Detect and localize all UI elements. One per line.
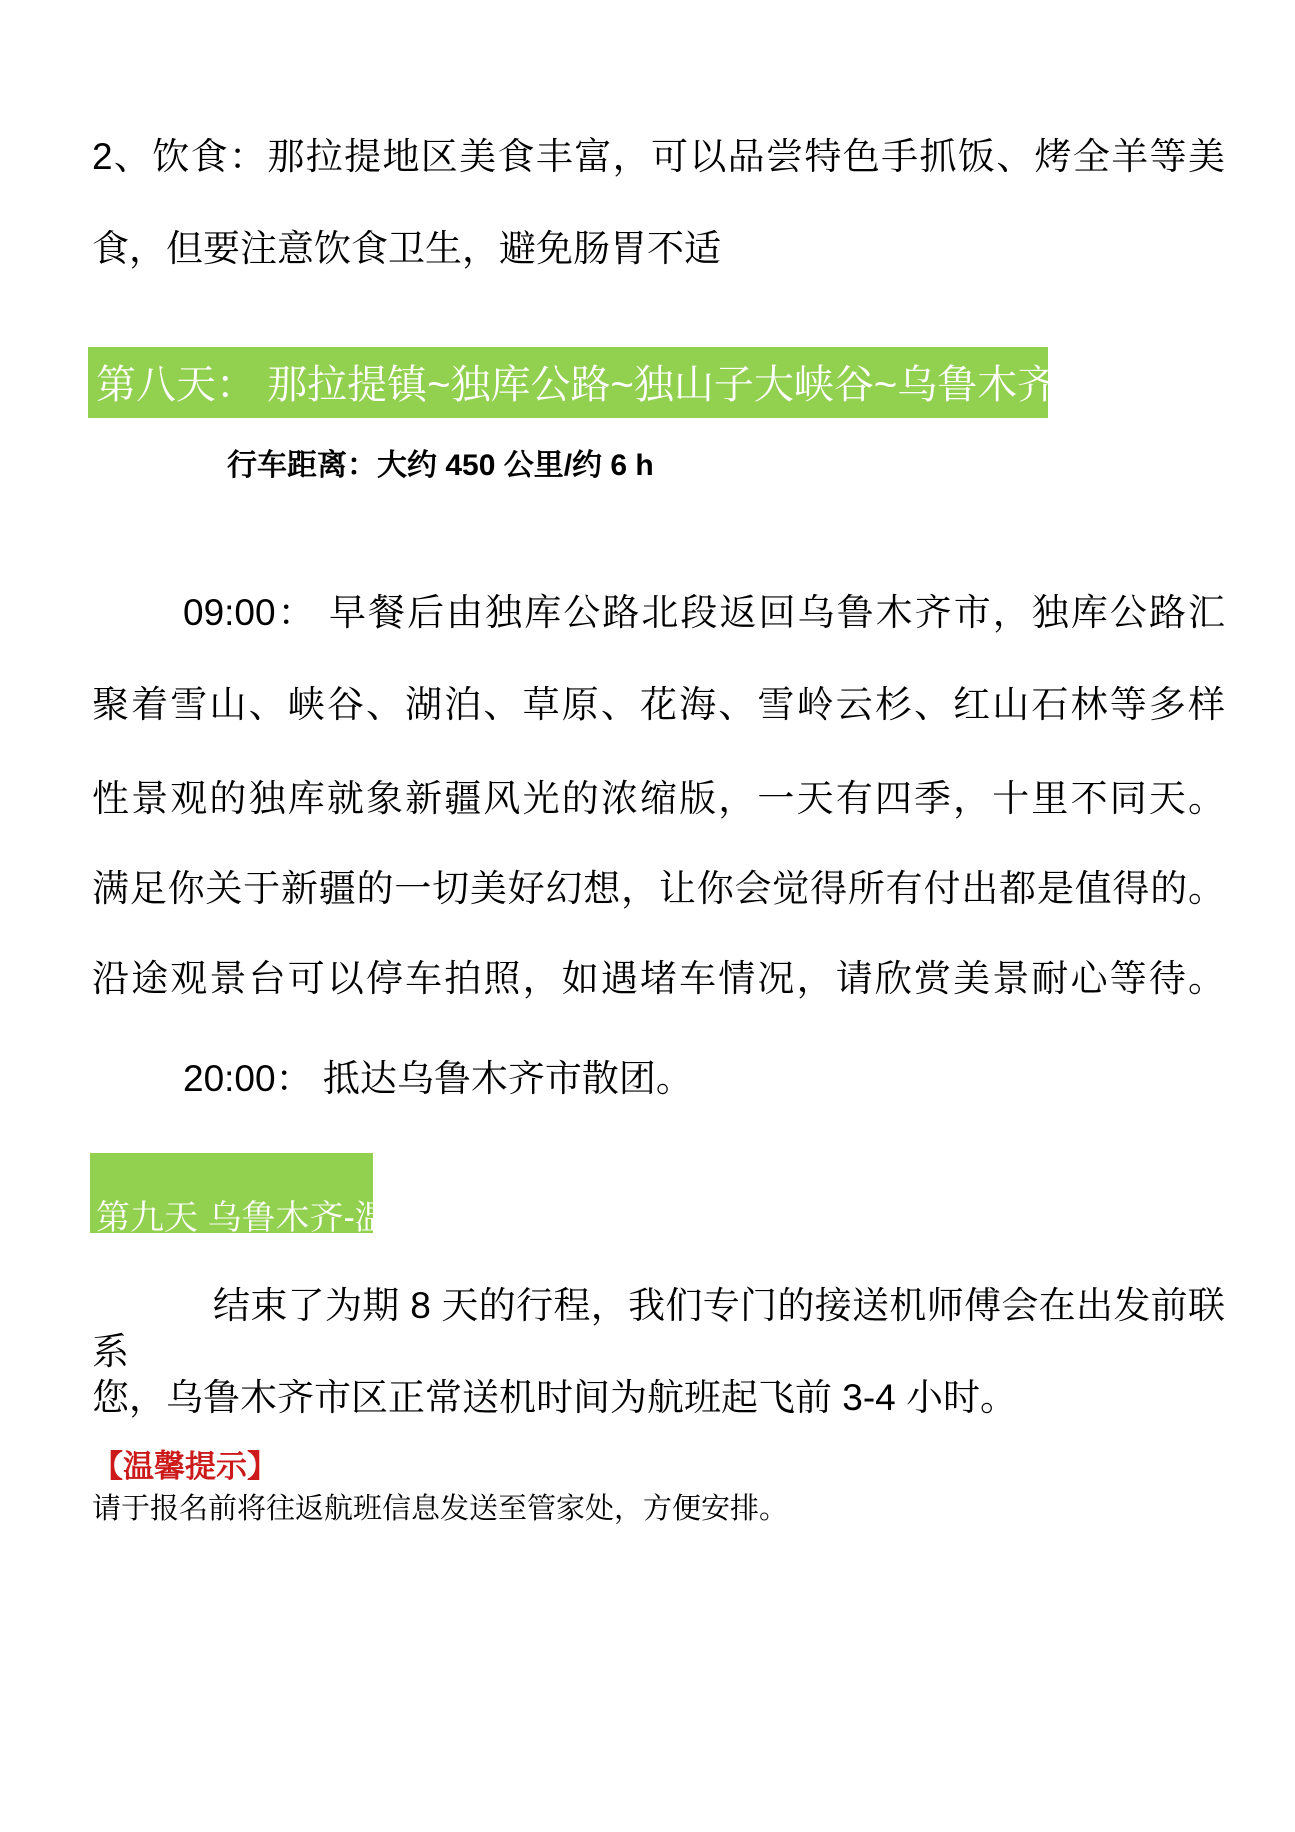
day9-heading-text: 第九天 乌鲁木齐-温馨 — [96, 1201, 373, 1233]
day8-driving-distance: 行车距离：大约 450 公里/约 6 h — [227, 448, 654, 484]
intro-line-2: 食，但要注意饮食卫生，避免肠胃不适 — [92, 226, 1225, 272]
day8-para-line-1: 09:00： 早餐后由独库公路北段返回乌鲁木齐市，独库公路汇 — [92, 590, 1225, 636]
day8-para-line-2: 聚着雪山、峡谷、湖泊、草原、花海、雪岭云杉、红山石林等多样 — [92, 682, 1225, 728]
document-page: 2、饮食：那拉提地区美食丰富，可以品尝特色手抓饭、烤全羊等美 食，但要注意饮食卫… — [0, 0, 1295, 1832]
day8-para-line-6: 20:00： 抵达乌鲁木齐市散团。 — [92, 1056, 1225, 1102]
day8-para-line-4: 满足你关于新疆的一切美好幻想，让你会觉得所有付出都是值得的。 — [92, 866, 1225, 912]
day8-para-line-3: 性景观的独库就象新疆风光的浓缩版，一天有四季，十里不同天。 — [92, 776, 1225, 822]
day8-para-line-5: 沿途观景台可以停车拍照，如遇堵车情况，请欣赏美景耐心等待。 — [92, 956, 1225, 1002]
day8-heading-bar: 第八天： 那拉提镇~独库公路~独山子大峡谷~乌鲁木齐 — [88, 347, 1048, 418]
day8-heading-text: 第八天： 那拉提镇~独库公路~独山子大峡谷~乌鲁木齐 — [96, 365, 1048, 405]
notice-body: 请于报名前将往返航班信息发送至管家处，方便安排。 — [92, 1492, 788, 1527]
day9-heading-bar: 第九天 乌鲁木齐-温馨 — [90, 1153, 373, 1233]
intro-line-1: 2、饮食：那拉提地区美食丰富，可以品尝特色手抓饭、烤全羊等美 — [92, 134, 1225, 180]
day9-para-line-2: 您，乌鲁木齐市区正常送机时间为航班起飞前 3-4 小时。 — [92, 1375, 1225, 1421]
day9-para-line-1: 结束了为期 8 天的行程，我们专门的接送机师傅会在出发前联系 — [92, 1283, 1225, 1376]
notice-title: 【温馨提示】 — [92, 1450, 278, 1484]
